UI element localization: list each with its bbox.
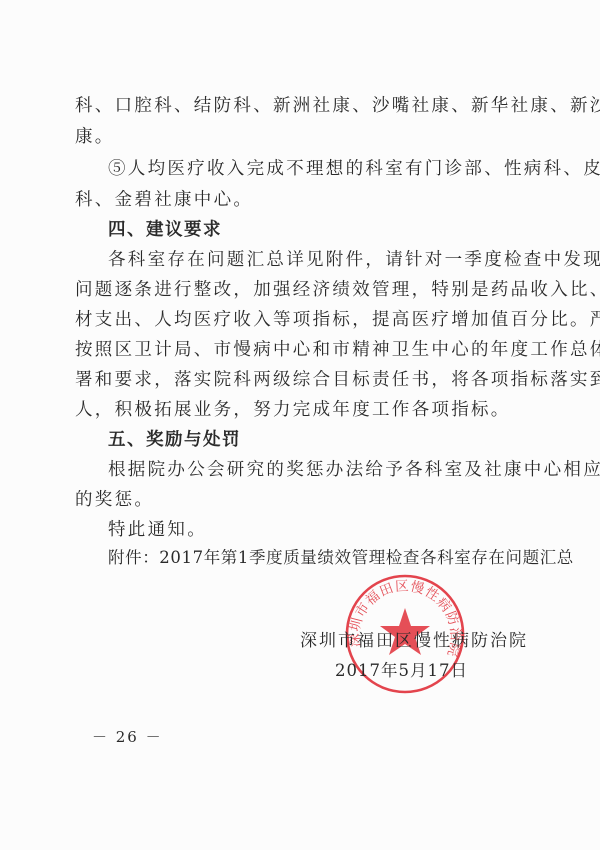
section-heading-rewards: 五、奖励与处罚: [108, 432, 241, 450]
attachment-note: 附件：2017年第1季度质量绩效管理检查各科室存在问题汇总: [108, 550, 574, 567]
section-heading-suggestions: 四、建议要求: [108, 222, 222, 240]
document-page: 科、口腔科、结防科、新洲社康、沙嘴社康、新华社康、新沙社 康。 ⑤人均医疗收入完…: [0, 0, 600, 850]
body-line: 康。: [75, 129, 115, 147]
signature-organization: 深圳市福田区慢性病防治院: [300, 633, 528, 650]
body-line: 署和要求，落实院科两级综合目标责任书，将各项指标落实到个: [75, 372, 600, 390]
body-line: 人，积极拓展业务，努力完成年度工作各项指标。: [75, 402, 511, 420]
body-line: 科、口腔科、结防科、新洲社康、沙嘴社康、新华社康、新沙社: [75, 98, 600, 116]
body-line: 各科室存在问题汇总详见附件，请针对一季度检查中发现的: [108, 252, 600, 270]
body-line: 问题逐条进行整改，加强经济绩效管理，特别是药品收入比、耗: [75, 282, 600, 300]
body-line: 按照区卫计局、市慢病中心和市精神卫生中心的年度工作总体部: [75, 342, 600, 360]
body-line: 材支出、人均医疗收入等项指标，提高医疗增加值百分比。严格: [75, 312, 600, 330]
body-line: 科、金碧社康中心。: [75, 192, 253, 210]
page-number: － 26 －: [92, 726, 163, 747]
body-line: 的奖惩。: [75, 492, 154, 510]
closing-line: 特此通知。: [108, 522, 207, 540]
signature-date: 2017年5月17日: [335, 663, 468, 680]
body-line: 根据院办公会研究的奖惩办法给予各科室及社康中心相应: [108, 462, 600, 480]
body-line: ⑤人均医疗收入完成不理想的科室有门诊部、性病科、皮肤: [108, 161, 600, 179]
